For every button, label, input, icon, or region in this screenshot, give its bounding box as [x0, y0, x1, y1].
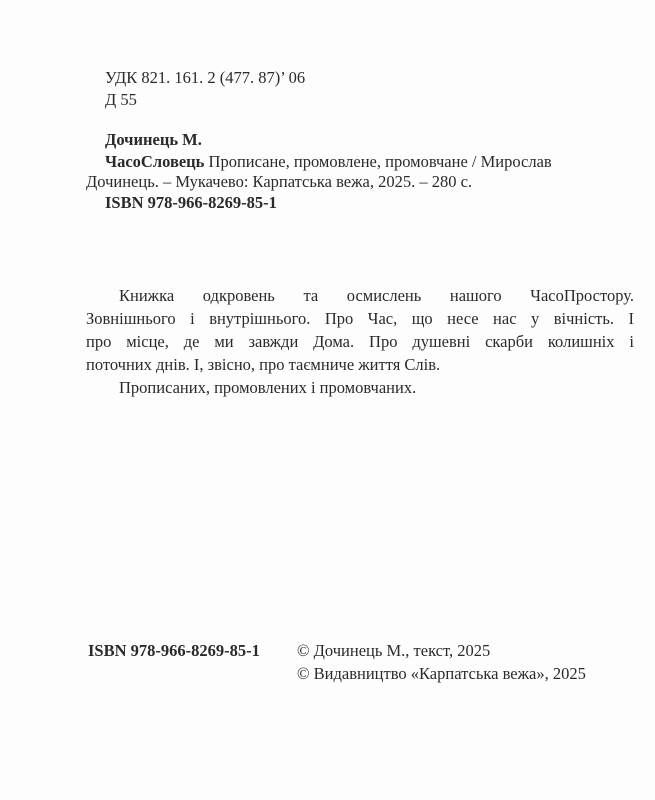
title-line: ЧасоСловець Прописане, промовлене, промо…: [105, 152, 552, 172]
publication-info: Дочинець. – Мукачево: Карпатська вежа, 2…: [86, 172, 472, 192]
copyright-publisher: © Видавництво «Карпатська вежа», 2025: [297, 664, 586, 684]
copyright-author: © Дочинець М., текст, 2025: [297, 641, 490, 661]
catalog-isbn: ISBN 978-966-8269-85-1: [105, 193, 277, 213]
imprint-page: УДК 821. 161. 2 (477. 87)’ 06 Д 55 Дочин…: [0, 0, 655, 800]
udk-code: УДК 821. 161. 2 (477. 87)’ 06: [105, 68, 305, 88]
annotation-line-5: Прописаних, промовлених і промовчаних.: [119, 378, 416, 398]
annotation-line-4: поточних днів. І, звісно, про таємниче ж…: [86, 355, 440, 375]
annotation-line-2: Зовнішнього і внутрішнього. Про Час, що …: [86, 309, 634, 329]
title-description: Прописане, промовлене, промовчане / Миро…: [204, 152, 551, 171]
footer-isbn: ISBN 978-966-8269-85-1: [88, 641, 260, 661]
author-mark: Д 55: [105, 90, 137, 110]
annotation-line-1: Книжка одкровень та осмислень нашого Час…: [119, 286, 634, 306]
book-title: ЧасоСловець: [105, 152, 204, 171]
author-heading: Дочинець М.: [105, 130, 202, 150]
annotation-line-3: про місце, де ми завжди Дома. Про душевн…: [86, 332, 634, 352]
